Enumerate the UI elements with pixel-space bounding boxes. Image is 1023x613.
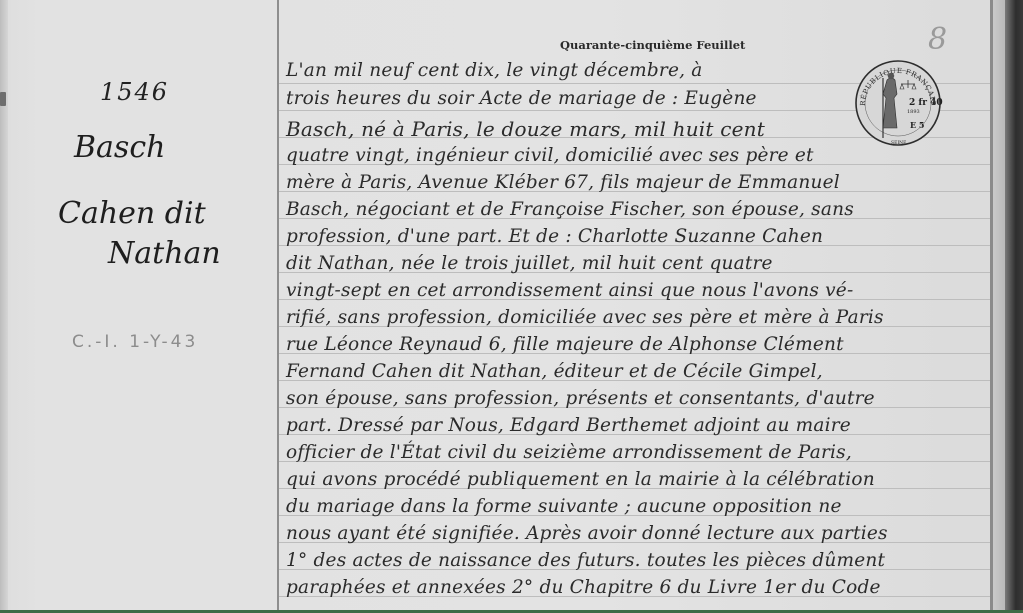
record-line: rue Léonce Reynaud 6, fille majeure de A… bbox=[286, 334, 844, 355]
margin-name-bride-1: Cahen dit bbox=[58, 196, 206, 231]
record-number: 1546 bbox=[100, 78, 169, 106]
record-line: 1° des actes de naissance des futurs. to… bbox=[286, 550, 885, 571]
record-line: paraphées et annexées 2° du Chapitre 6 d… bbox=[286, 577, 881, 598]
book-spine-shadow bbox=[1005, 0, 1023, 610]
pencil-annotation: C.-I. 1-Y-43 bbox=[72, 332, 198, 352]
record-line: rifié, sans profession, domiciliée avec … bbox=[286, 307, 884, 328]
record-line: officier de l'État civil du seizième arr… bbox=[286, 442, 852, 463]
margin-rule bbox=[277, 0, 279, 610]
record-line: nous ayant été signifiée. Après avoir do… bbox=[286, 523, 888, 544]
page-right-edge bbox=[993, 0, 1005, 610]
record-line: Fernand Cahen dit Nathan, éditeur et de … bbox=[286, 361, 823, 382]
stamp-sub-value: E 5 bbox=[910, 120, 924, 130]
register-page: 1546 Basch Cahen dit Nathan C.-I. 1-Y-43… bbox=[0, 0, 1023, 610]
record-line: mère à Paris, Avenue Kléber 67, fils maj… bbox=[286, 172, 840, 193]
folio-pencil-mark: 8 bbox=[928, 22, 947, 57]
record-line: son épouse, sans profession, présents et… bbox=[286, 388, 875, 409]
record-line: Basch, négociant et de Françoise Fischer… bbox=[286, 199, 854, 220]
record-line: part. Dressé par Nous, Edgard Berthemet … bbox=[286, 415, 851, 436]
folio-header: Quarante-cinquième Feuillet bbox=[560, 38, 745, 52]
record-line: L'an mil neuf cent dix, le vingt décembr… bbox=[286, 60, 703, 81]
record-line: du mariage dans la forme suivante ; aucu… bbox=[286, 496, 842, 517]
stamp-bottom-text: SEINE bbox=[891, 140, 906, 146]
margin-name-groom: Basch bbox=[74, 130, 165, 165]
tax-stamp: RÉPUBLIQUE FRANÇAISE 2 fr 40 1893 E 5 SE… bbox=[853, 58, 943, 148]
record-line: qui avons procédé publiquement en la mai… bbox=[286, 469, 875, 490]
record-line: trois heures du soir Acte de mariage de … bbox=[286, 88, 757, 109]
margin-column: 1546 Basch Cahen dit Nathan C.-I. 1-Y-43 bbox=[0, 0, 277, 610]
stamp-value: 2 fr 40 bbox=[909, 98, 943, 108]
tax-stamp-icon: RÉPUBLIQUE FRANÇAISE 2 fr 40 1893 E 5 SE… bbox=[853, 58, 943, 148]
record-line: quatre vingt, ingénieur civil, domicilié… bbox=[286, 145, 814, 166]
record-line: vingt-sept en cet arrondissement ainsi q… bbox=[286, 280, 853, 301]
record-line: Basch, né à Paris, le douze mars, mil hu… bbox=[286, 117, 765, 141]
stamp-year: 1893 bbox=[907, 109, 920, 115]
record-line: dit Nathan, née le trois juillet, mil hu… bbox=[286, 253, 773, 274]
margin-name-bride-2: Nathan bbox=[108, 236, 221, 271]
record-line: profession, d'une part. Et de : Charlott… bbox=[286, 226, 823, 247]
